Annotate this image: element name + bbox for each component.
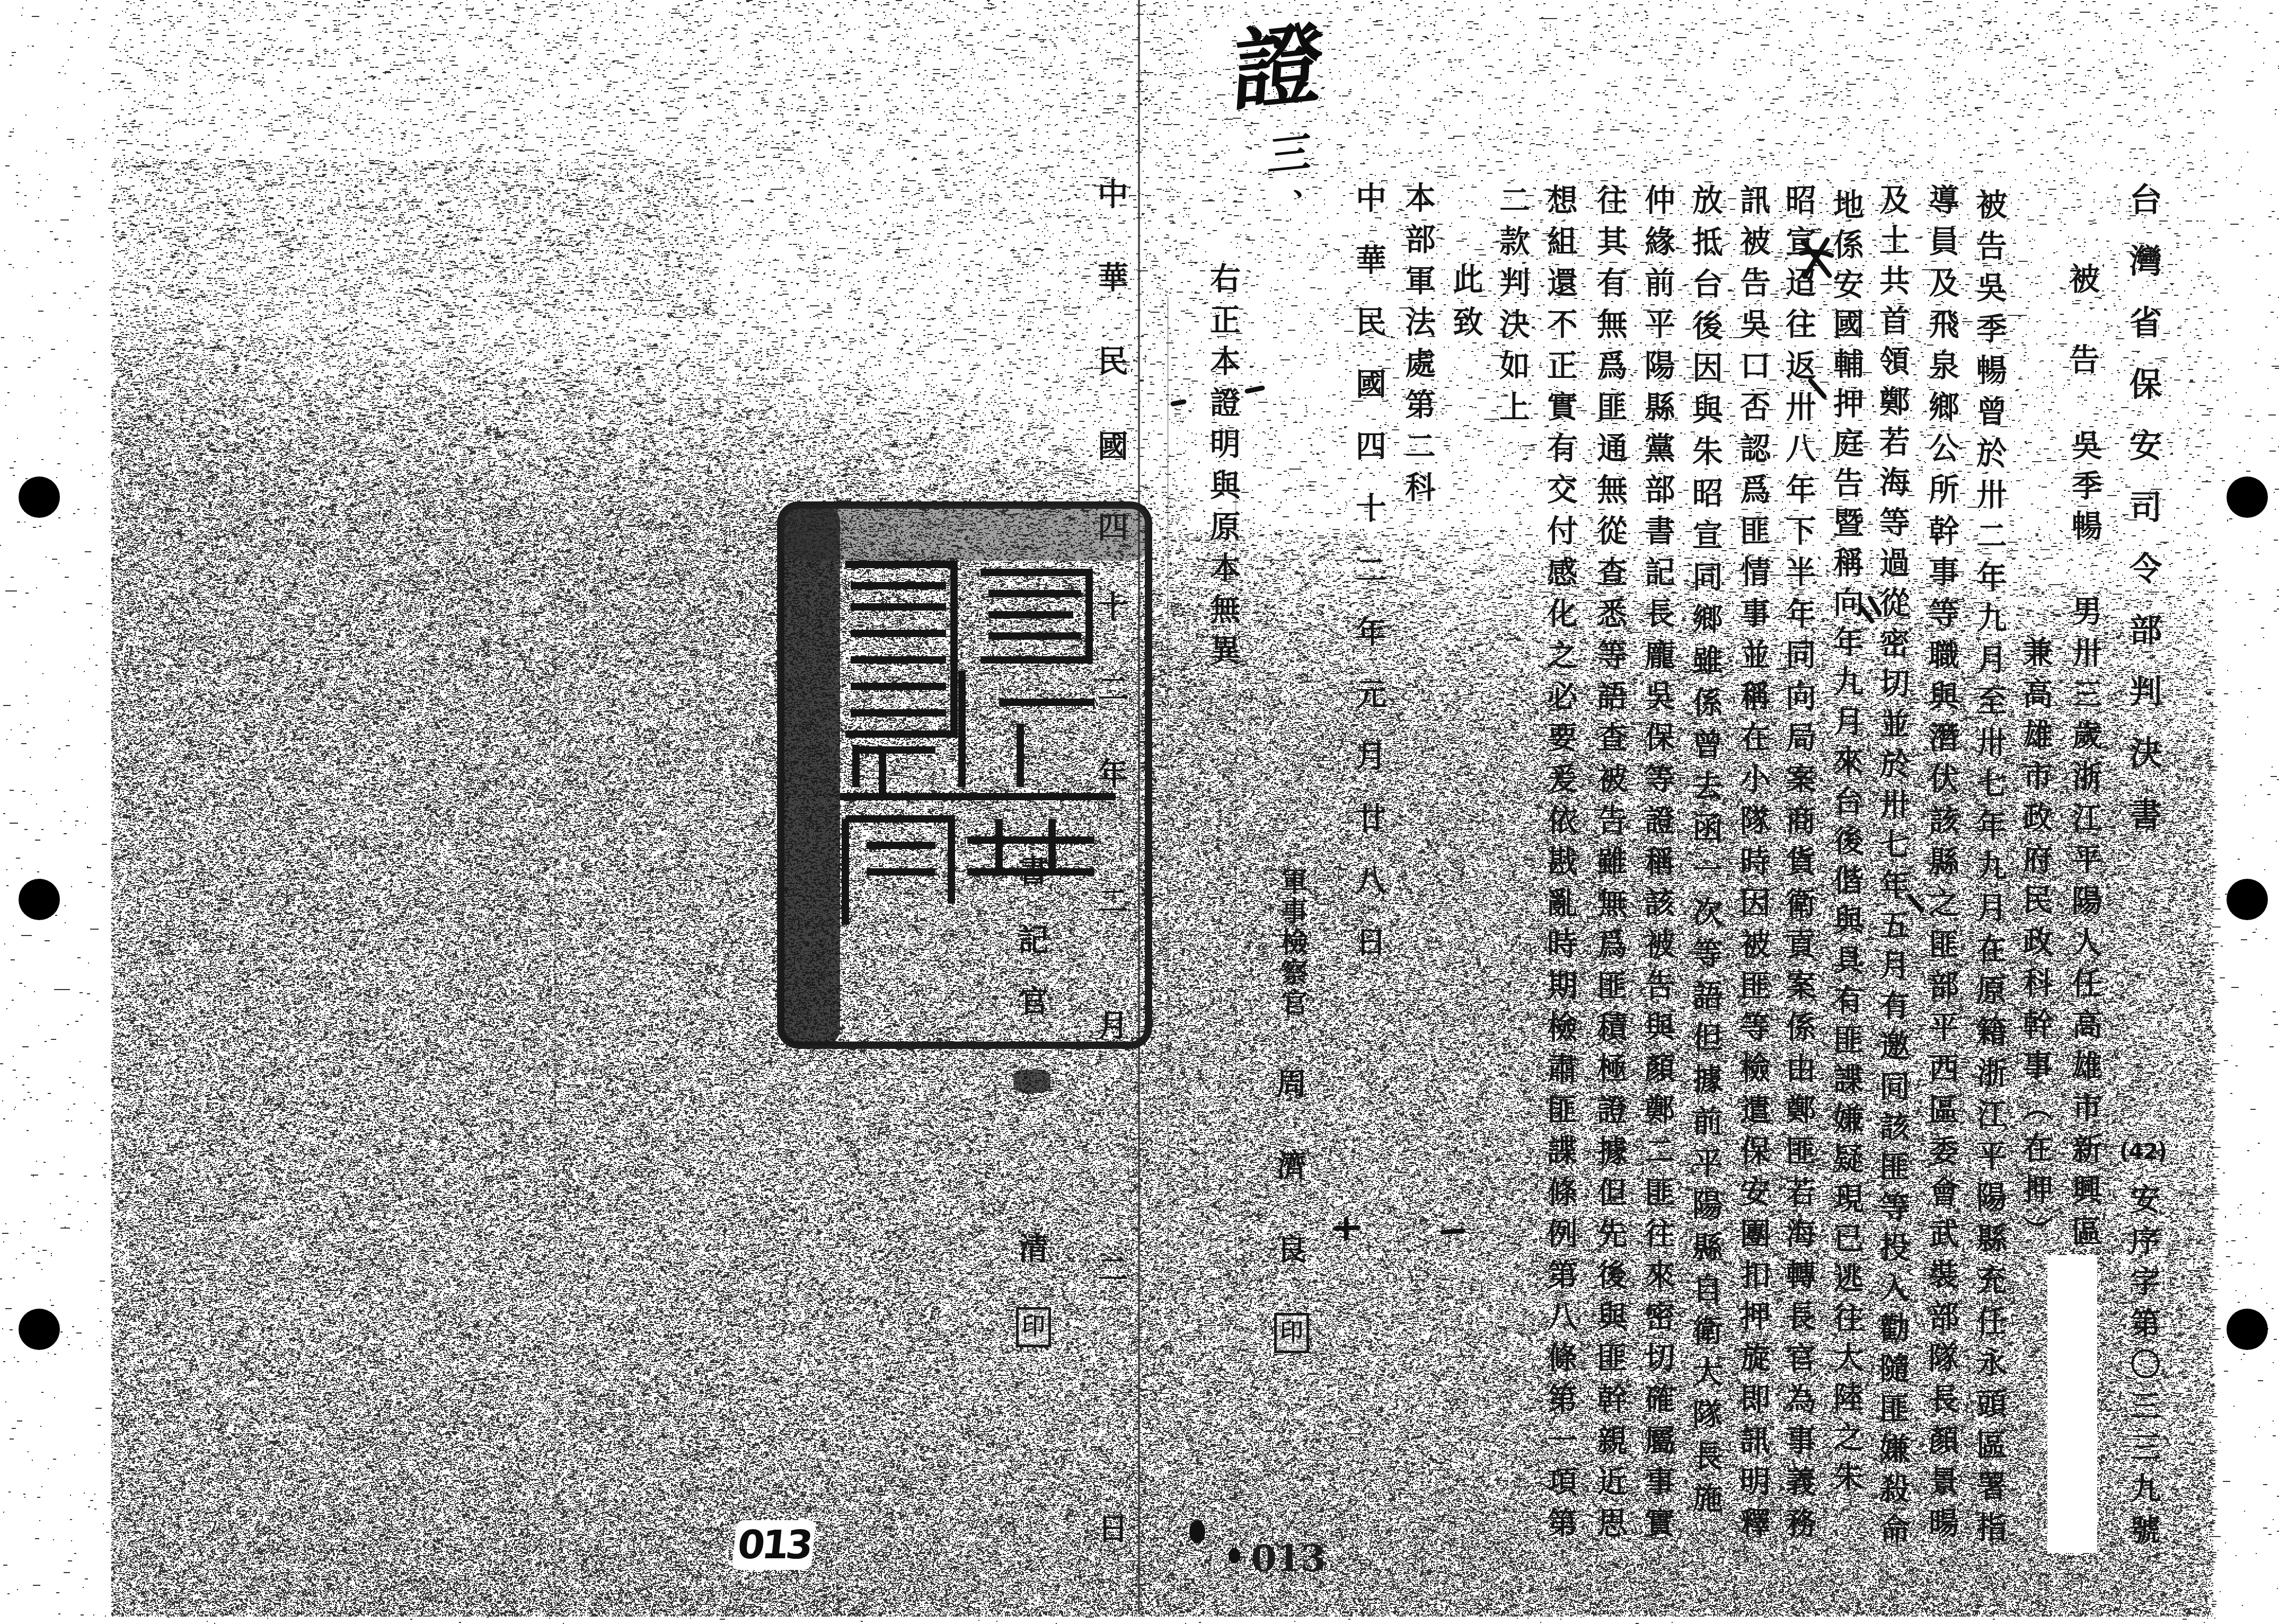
closing-salutation: 此致 [1450, 263, 1481, 349]
scanned-document-page: 證三、 台灣省保安司令部判決書 (42) 安序字第〇三三九號 被告 吳季暢 男卅… [0, 0, 2279, 1624]
glyph: 國 [1098, 431, 1128, 462]
certification-statement: 右正本證明與原本無異 [1207, 262, 1238, 676]
glyph: 清 [1018, 1233, 1049, 1264]
prosecutor-seal: 印 [1274, 1313, 1309, 1353]
cross-mark-icon [1801, 240, 1832, 277]
glyph: 華 [1098, 262, 1128, 293]
page-number-handwritten: 013 [731, 1520, 816, 1570]
dash-mark-icon [1247, 388, 1262, 391]
dash-mark-icon [1443, 1231, 1463, 1232]
seal-top-band [781, 505, 1149, 561]
slash-mark-icon [1810, 381, 1824, 396]
slash-mark-icon [1910, 897, 1922, 911]
document-content: 證三、 台灣省保安司令部判決書 (42) 安序字第〇三三九號 被告 吳季暢 男卅… [0, 0, 2279, 1624]
verdict-date: 中華民國四十二年元月廿八日 [1353, 182, 1384, 988]
glyph: 周 [1276, 1069, 1307, 1099]
slash-mark-icon [1861, 607, 1872, 621]
seal-script-glyphs [840, 564, 1116, 925]
page-number-stamped: 013 [1251, 1540, 1325, 1577]
glyph: 良 [1276, 1234, 1307, 1265]
dash-mark-icon [1336, 1219, 1358, 1238]
slash-mark-icon [1870, 598, 1879, 614]
dash-mark-icon [1173, 402, 1184, 404]
prosecutor-name: 周濟良 [1276, 0, 1307, 1624]
ink-dot [1229, 1548, 1240, 1564]
glyph: 民 [1098, 346, 1128, 377]
glyph: 濟 [1276, 1150, 1307, 1181]
clerk-seal: 印 [1016, 1307, 1051, 1347]
glyph: 二 [1098, 1254, 1128, 1285]
glyph: 日 [1098, 1514, 1128, 1544]
recipient: 本部軍法處第二科 [1402, 182, 1433, 513]
glyph: 中 [1098, 179, 1128, 210]
official-seal-stamp [776, 501, 1153, 1049]
seal-left-band [781, 505, 840, 1045]
ink-dot [1189, 1520, 1205, 1543]
